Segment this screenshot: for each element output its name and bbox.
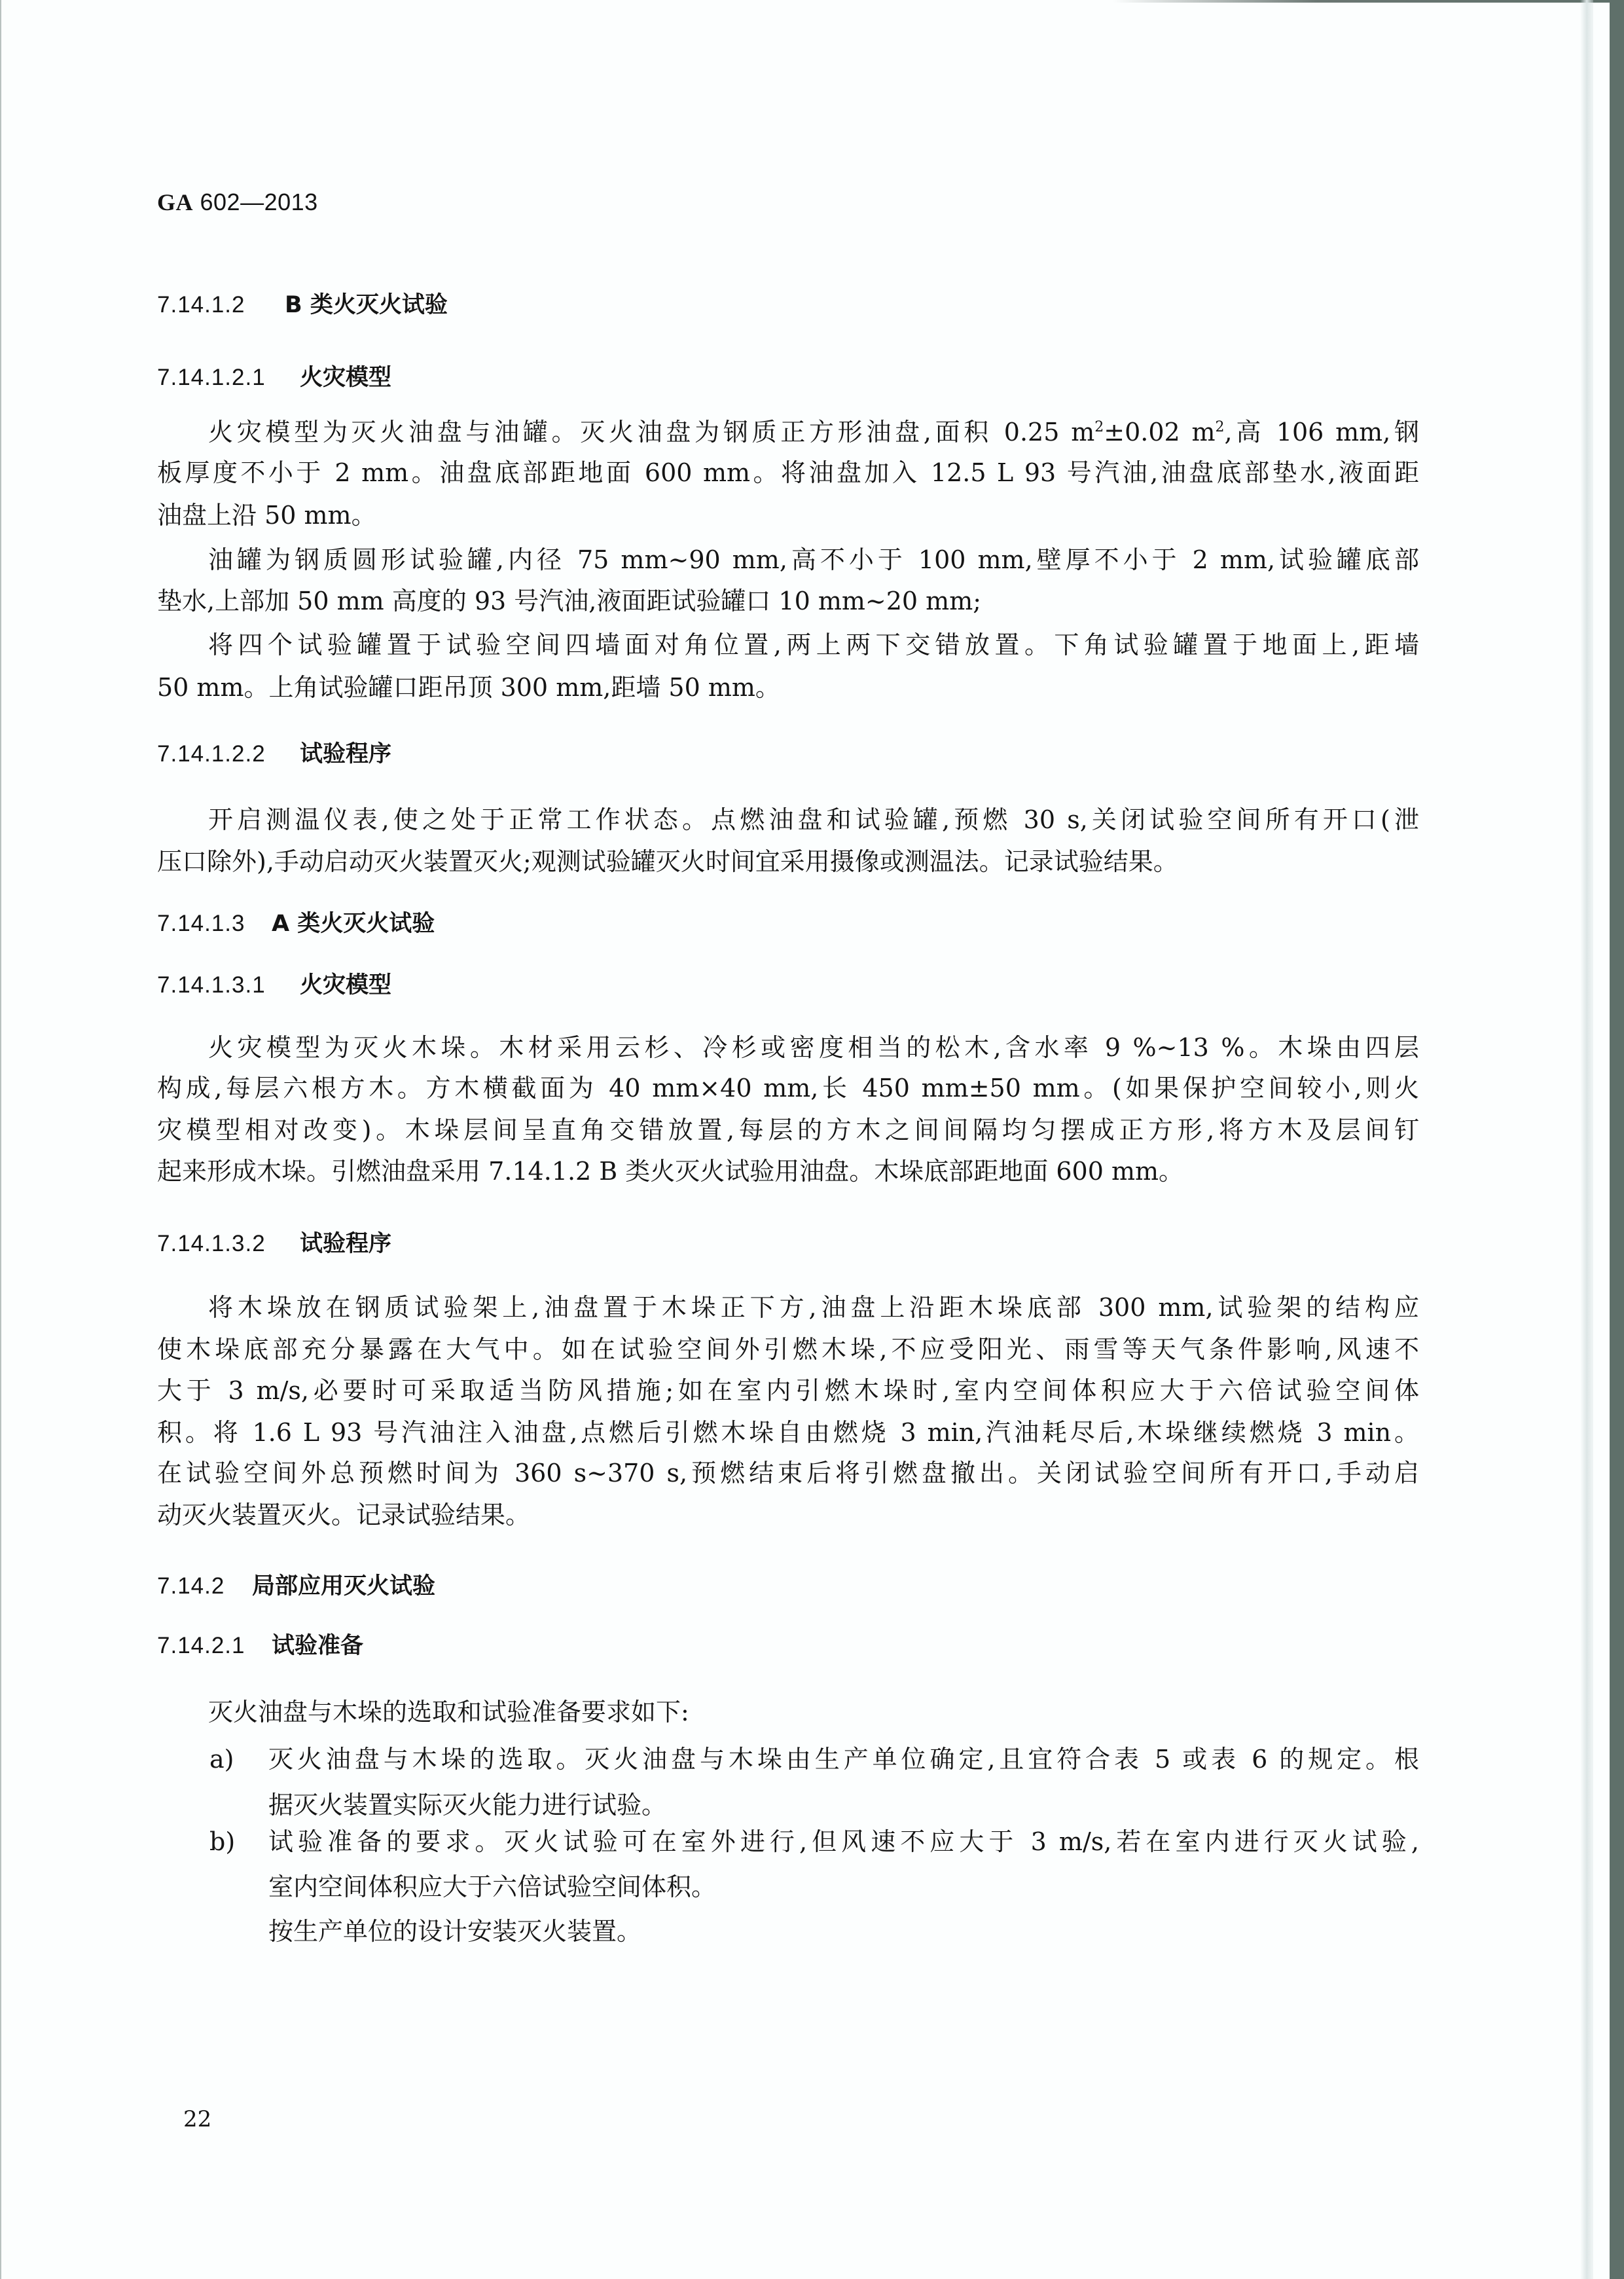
paragraph-line: 大于 3 m/s,必要时可采取适当防风措施;如在室内引燃木垛时,室内空间体积应大… [157,1376,1419,1405]
section-title: 火灾模型 [300,972,391,998]
paragraph-line: 火灾模型为灭火油盘与油罐。灭火油盘为钢质正方形油盘,面积 0.25 m2±0.0… [208,418,1419,447]
paragraph-line: 构成,每层六根方木。方木横截面为 40 mm×40 mm,长 450 mm±50… [157,1074,1419,1103]
list-item-line: 室内空间体积应大于六倍试验空间体积。 [268,1872,1419,1901]
section-title: A 类火灭火试验 [272,911,435,937]
section-title: 试验准备 [272,1633,363,1659]
section-heading-7-14-1-3-2: 7.14.1.3.2试验程序 [157,1230,391,1258]
section-number: 7.14.1.3.2 [157,1230,300,1258]
paragraph-line: 积。将 1.6 L 93 号汽油注入油盘,点燃后引燃木垛自由燃烧 3 min,汽… [157,1418,1419,1447]
page-edge-shadow [1580,0,1593,2279]
section-heading-7-14-2: 7.14.2局部应用灭火试验 [157,1572,435,1601]
superscript: 2 [1216,419,1225,435]
text-run: ,高 106 mm,钢 [1225,418,1419,447]
list-item-line: 据灭火装置实际灭火能力进行试验。 [268,1791,1419,1819]
paragraph-line: 油罐为钢质圆形试验罐,内径 75 mm~90 mm,高不小于 100 mm,壁厚… [208,545,1419,574]
paragraph-line: 50 mm。上角试验罐口距吊顶 300 mm,距墙 50 mm。 [157,673,1419,702]
paragraph-line: 在试验空间外总预燃时间为 360 s~370 s,预燃结束后将引燃盘撤出。关闭试… [157,1459,1419,1487]
section-heading-7-14-1-2-2: 7.14.1.2.2试验程序 [157,740,391,769]
section-number: 7.14.1.2.1 [157,363,300,392]
scan-border-right [1610,0,1624,2279]
scan-left-edge [0,0,1,2279]
section-heading-7-14-2-1: 7.14.2.1试验准备 [157,1632,363,1660]
section-title: 局部应用灭火试验 [252,1573,435,1599]
paragraph-line: 起来形成木垛。引燃油盘采用 7.14.1.2 B 类火灭火试验用油盘。木垛底部距… [157,1157,1419,1186]
list-label: a) [209,1745,234,1774]
paragraph-line: 动灭火装置灭火。记录试验结果。 [157,1501,1419,1529]
section-heading-7-14-1-2: 7.14.1.2B 类火灭火试验 [157,291,448,319]
section-heading-7-14-1-3-1: 7.14.1.3.1火灾模型 [157,971,391,1000]
section-number: 7.14.1.3 [157,909,272,938]
paragraph-line: 火灾模型为灭火木垛。木材采用云杉、冷杉或密度相当的松木,含水率 9 %~13 %… [208,1033,1419,1062]
section-heading-7-14-1-2-1: 7.14.1.2.1火灾模型 [157,363,391,392]
document-code: GA 602—2013 [157,188,318,217]
paragraph-line: 油盘上沿 50 mm。 [157,501,1419,530]
document-page: GA 602—2013 7.14.1.2B 类火灭火试验 7.14.1.2.1火… [0,0,1610,2279]
section-number: 7.14.2 [157,1572,252,1601]
page-number: 22 [183,2106,211,2132]
section-heading-7-14-1-3: 7.14.1.3A 类火灭火试验 [157,909,435,938]
paragraph-line: 开启测温仪表,使之处于正常工作状态。点燃油盘和试验罐,预燃 30 s,关闭试验空… [208,805,1419,834]
list-item-line: 灭火油盘与木垛的选取。灭火油盘与木垛由生产单位确定,且宜符合表 5 或表 6 的… [268,1745,1419,1774]
text-run: 火灾模型为灭火油盘与油罐。灭火油盘为钢质正方形油盘,面积 0.25 m [208,418,1094,447]
superscript: 2 [1094,419,1104,435]
section-title: 试验程序 [300,1231,391,1257]
text-run: ±0.02 m [1104,418,1215,447]
section-number: 7.14.1.2.2 [157,740,300,769]
paragraph-line: 使木垛底部充分暴露在大气中。如在试验空间外引燃木垛,不应受阳光、雨雪等天气条件影… [157,1335,1419,1364]
section-number: 7.14.2.1 [157,1632,272,1660]
section-title: 火灾模型 [300,365,391,391]
document-code-number: 602—2013 [200,189,318,215]
section-number: 7.14.1.2 [157,291,285,319]
section-title: 试验程序 [300,741,391,767]
paragraph-line: 垫水,上部加 50 mm 高度的 93 号汽油,液面距试验罐口 10 mm~20… [157,587,1419,615]
section-title: B 类火灭火试验 [285,292,448,318]
section-number: 7.14.1.3.1 [157,971,300,1000]
document-code-prefix: GA [157,189,193,215]
paragraph-line: 将四个试验罐置于试验空间四墙面对角位置,两上两下交错放置。下角试验罐置于地面上,… [208,630,1419,659]
list-intro: 灭火油盘与木垛的选取和试验准备要求如下: [208,1698,1419,1726]
scan-top-shadow [1113,0,1624,3]
list-item-line: 按生产单位的设计安装灭火装置。 [268,1917,1419,1946]
paragraph-line: 板厚度不小于 2 mm。油盘底部距地面 600 mm。将油盘加入 12.5 L … [157,458,1419,487]
paragraph-line: 压口除外),手动启动灭火装置灭火;观测试验罐灭火时间宜采用摄像或测温法。记录试验… [157,847,1419,876]
paragraph-line: 灾模型相对改变)。木垛层间呈直角交错放置,每层的方木之间间隔均匀摆成正方形,将方… [157,1116,1419,1144]
paragraph-line: 将木垛放在钢质试验架上,油盘置于木垛正下方,油盘上沿距木垛底部 300 mm,试… [208,1293,1419,1322]
list-label: b) [209,1827,235,1856]
list-item-line: 试验准备的要求。灭火试验可在室外进行,但风速不应大于 3 m/s,若在室内进行灭… [268,1827,1419,1856]
